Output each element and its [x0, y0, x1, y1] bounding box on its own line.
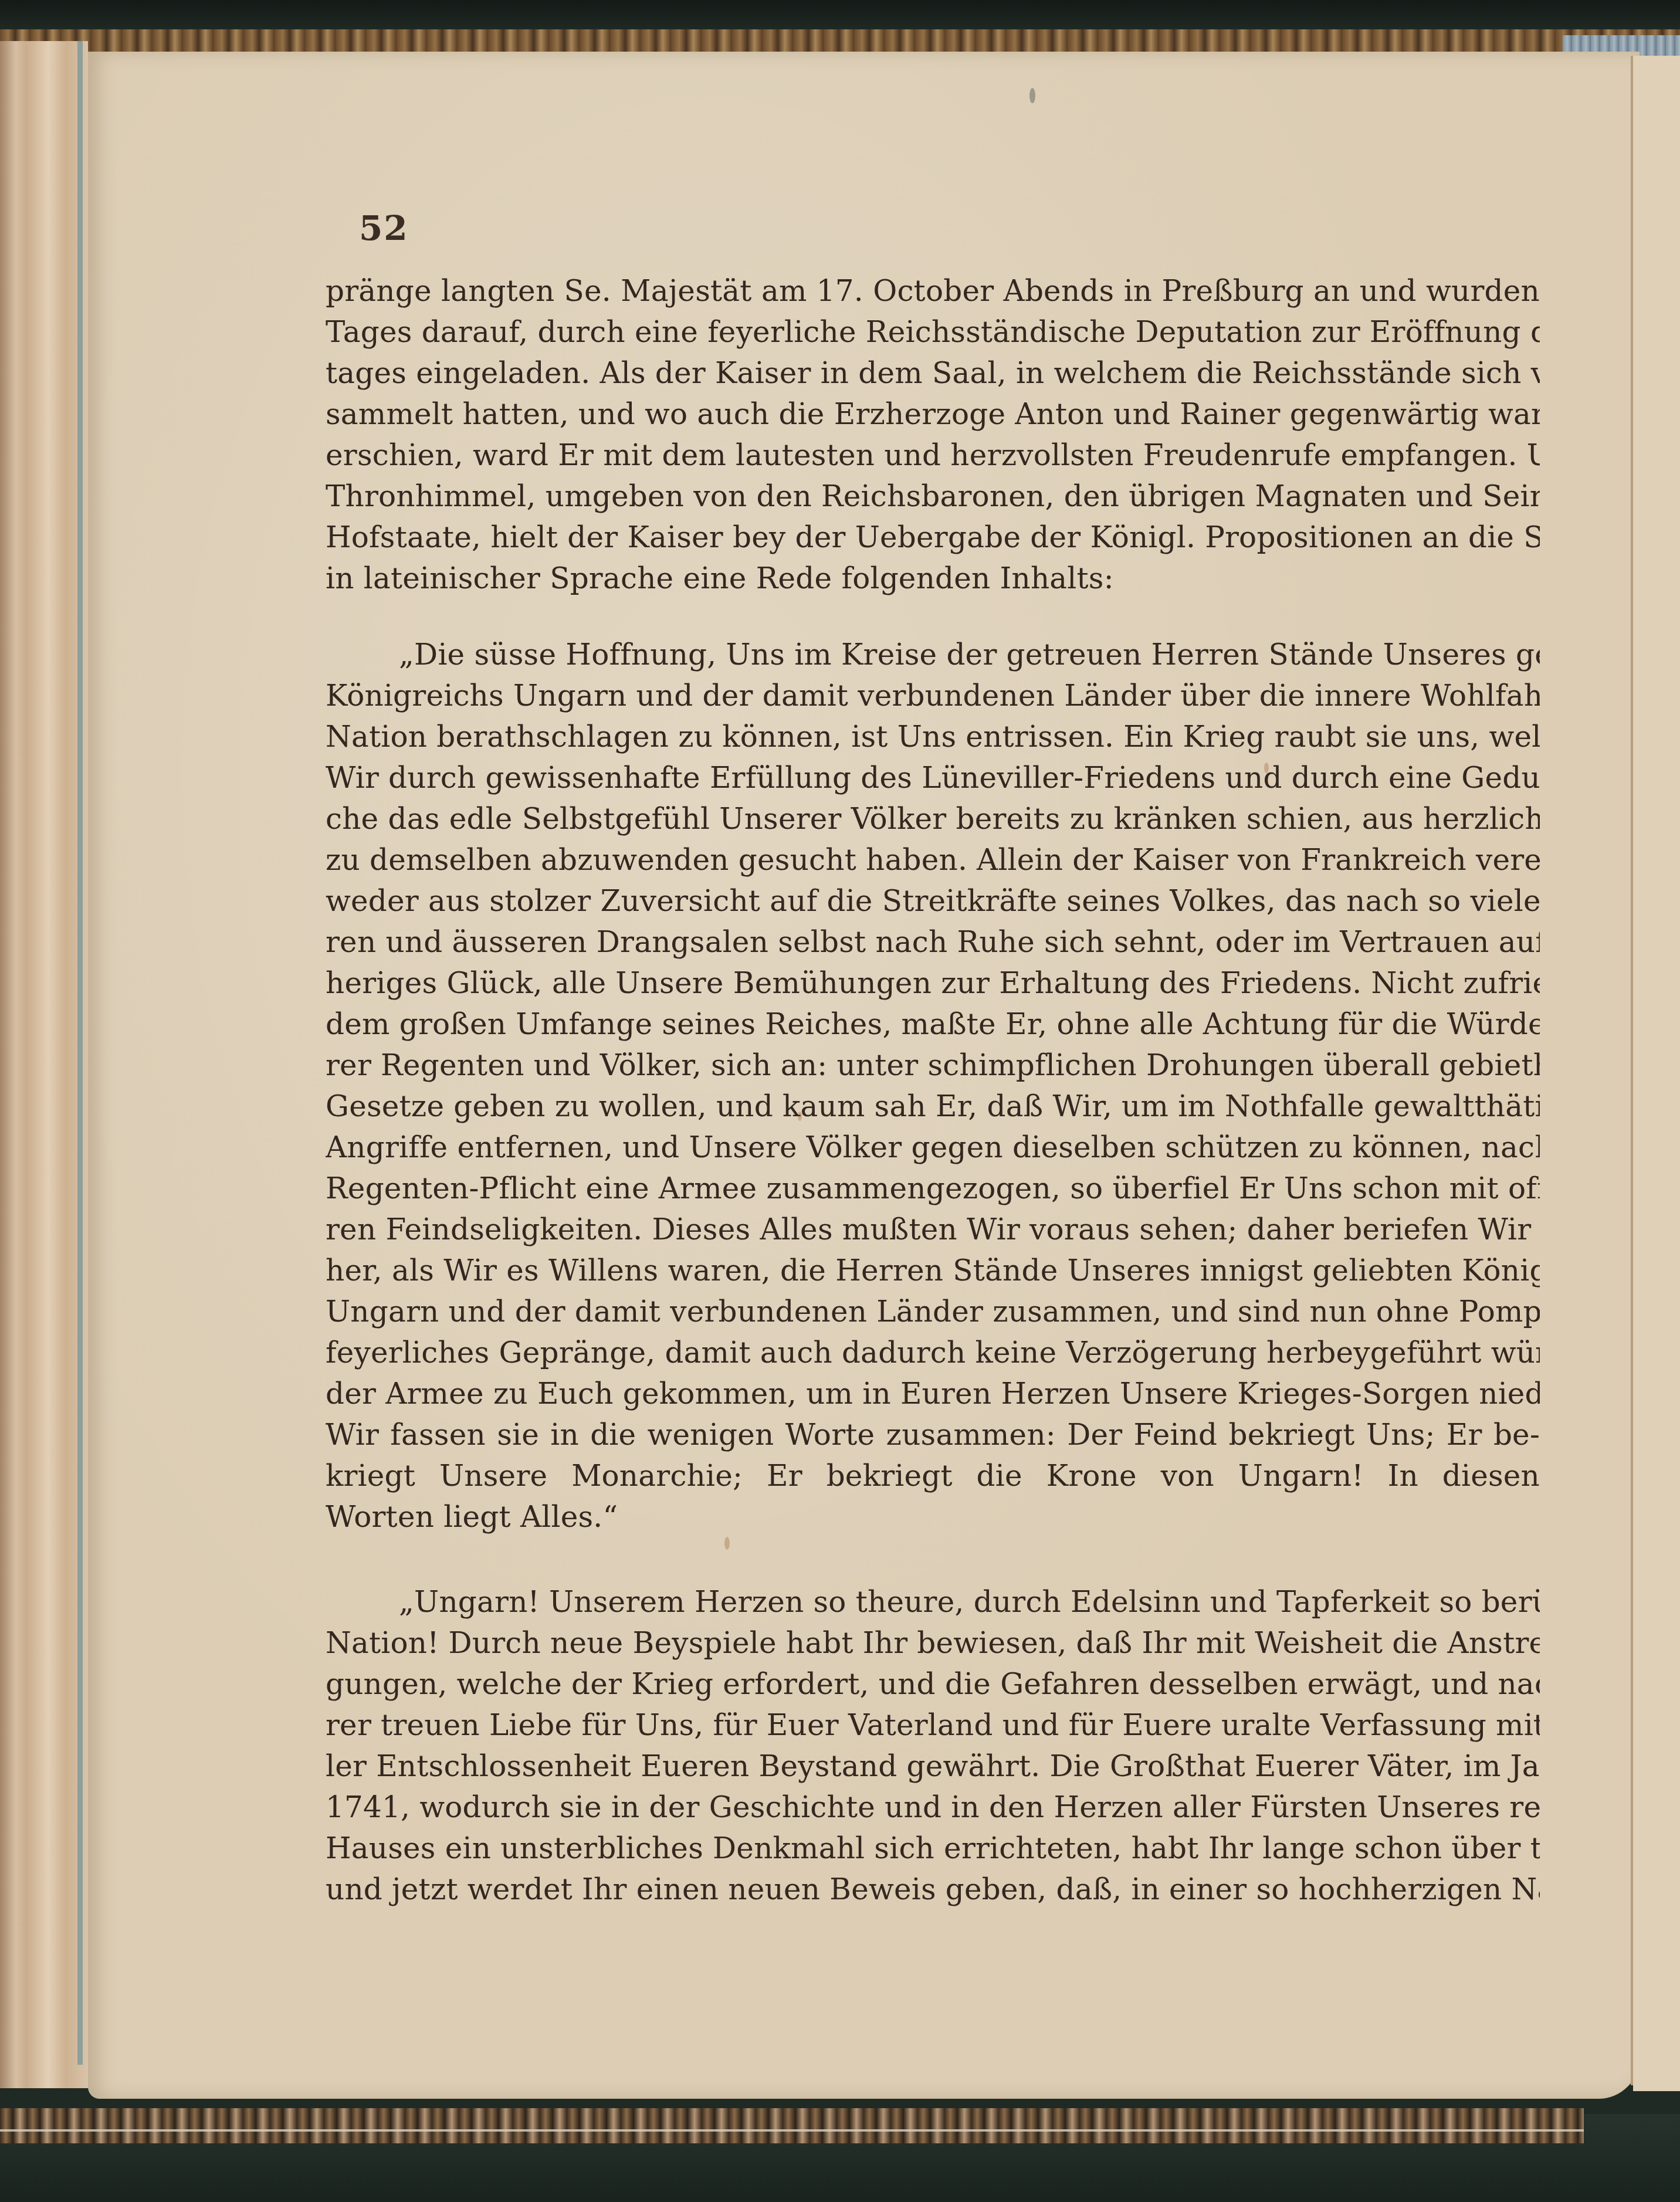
- text-line: 1741, wodurch sie in der Geschichte und …: [326, 1786, 1540, 1828]
- text-line: Nation! Durch neue Beyspiele habt Ihr be…: [326, 1622, 1540, 1664]
- text-line: „Ungarn! Unserem Herzen so theure, durch…: [326, 1581, 1540, 1623]
- text-line: feyerliches Gepränge, damit auch dadurch…: [326, 1332, 1540, 1374]
- text-line: ren und äusseren Drangsalen selbst nach …: [326, 921, 1540, 963]
- text-line: Ungarn und der damit verbundenen Länder …: [326, 1290, 1540, 1333]
- text-line: heriges Glück, alle Unsere Bemühungen zu…: [326, 962, 1540, 1004]
- text-line: Königreichs Ungarn und der damit verbund…: [326, 675, 1540, 717]
- text-line: Hofstaate, hielt der Kaiser bey der Uebe…: [326, 516, 1540, 558]
- text-line: kriegt Unsere Monarchie; Er bekriegt die…: [326, 1455, 1540, 1497]
- text-line: gungen, welche der Krieg erfordert, und …: [326, 1663, 1540, 1705]
- text-line: tages eingeladen. Als der Kaiser in dem …: [326, 352, 1540, 394]
- previous-leaves-edge: [0, 41, 88, 2088]
- text-line: erschien, ward Er mit dem lautesten und …: [326, 434, 1540, 476]
- text-line: Gesetze geben zu wollen, und kaum sah Er…: [326, 1085, 1540, 1127]
- text-line: che das edle Selbstgefühl Unserer Völker…: [326, 798, 1540, 840]
- page-edge-bottom: [0, 2108, 1584, 2143]
- text-line: Angriffe entfernen, und Unsere Völker ge…: [326, 1126, 1540, 1168]
- text-line: Nation berathschlagen zu können, ist Uns…: [326, 716, 1540, 758]
- text-line: der Armee zu Euch gekommen, um in Euren …: [326, 1373, 1540, 1415]
- text-line: dem großen Umfange seines Reiches, maßte…: [326, 1003, 1540, 1045]
- text-line: Tages darauf, durch eine feyerliche Reic…: [326, 311, 1540, 353]
- text-line: rer Regenten und Völker, sich an: unter …: [326, 1044, 1540, 1086]
- page-fold-line: [1631, 56, 1633, 2085]
- page-edge-bottom-highlight: [0, 2129, 1584, 2132]
- page-number: 52: [359, 208, 409, 248]
- text-line: sammelt hatten, und wo auch die Erzherzo…: [326, 393, 1540, 435]
- text-line: zu demselben abzuwenden gesucht haben. A…: [326, 839, 1540, 881]
- paper-speck: [724, 1537, 730, 1550]
- text-line: Thronhimmel, umgeben von den Reichsbaron…: [326, 475, 1540, 517]
- text-line: her, als Wir es Willens waren, die Herre…: [326, 1249, 1540, 1292]
- text-line: Wir durch gewissenhafte Erfüllung des Lü…: [326, 757, 1540, 799]
- text-line: „Die süsse Hoffnung, Uns im Kreise der g…: [326, 634, 1540, 676]
- text-line: Hauses ein unsterbliches Denkmahl sich e…: [326, 1827, 1540, 1869]
- gutter-line: [77, 41, 83, 2065]
- text-line: in lateinischer Sprache eine Rede folgen…: [326, 557, 1540, 599]
- paper-speck: [1029, 88, 1035, 103]
- next-leaf-edge: [1633, 56, 1680, 2091]
- text-line: und jetzt werdet Ihr einen neuen Beweis …: [326, 1868, 1540, 1910]
- text-line: ler Entschlossenheit Eueren Beystand gew…: [326, 1745, 1540, 1787]
- text-line: rer treuen Liebe für Uns, für Euer Vater…: [326, 1704, 1540, 1746]
- text-line: ren Feindseligkeiten. Dieses Alles mußte…: [326, 1208, 1540, 1251]
- text-line: Worten liegt Alles.“: [326, 1496, 1540, 1538]
- text-line: Regenten-Pflicht eine Armee zusammengezo…: [326, 1167, 1540, 1210]
- text-line: pränge langten Se. Majestät am 17. Octob…: [326, 270, 1540, 312]
- text-line: weder aus stolzer Zuversicht auf die Str…: [326, 880, 1540, 922]
- text-line: Wir fassen sie in die wenigen Worte zusa…: [326, 1414, 1540, 1456]
